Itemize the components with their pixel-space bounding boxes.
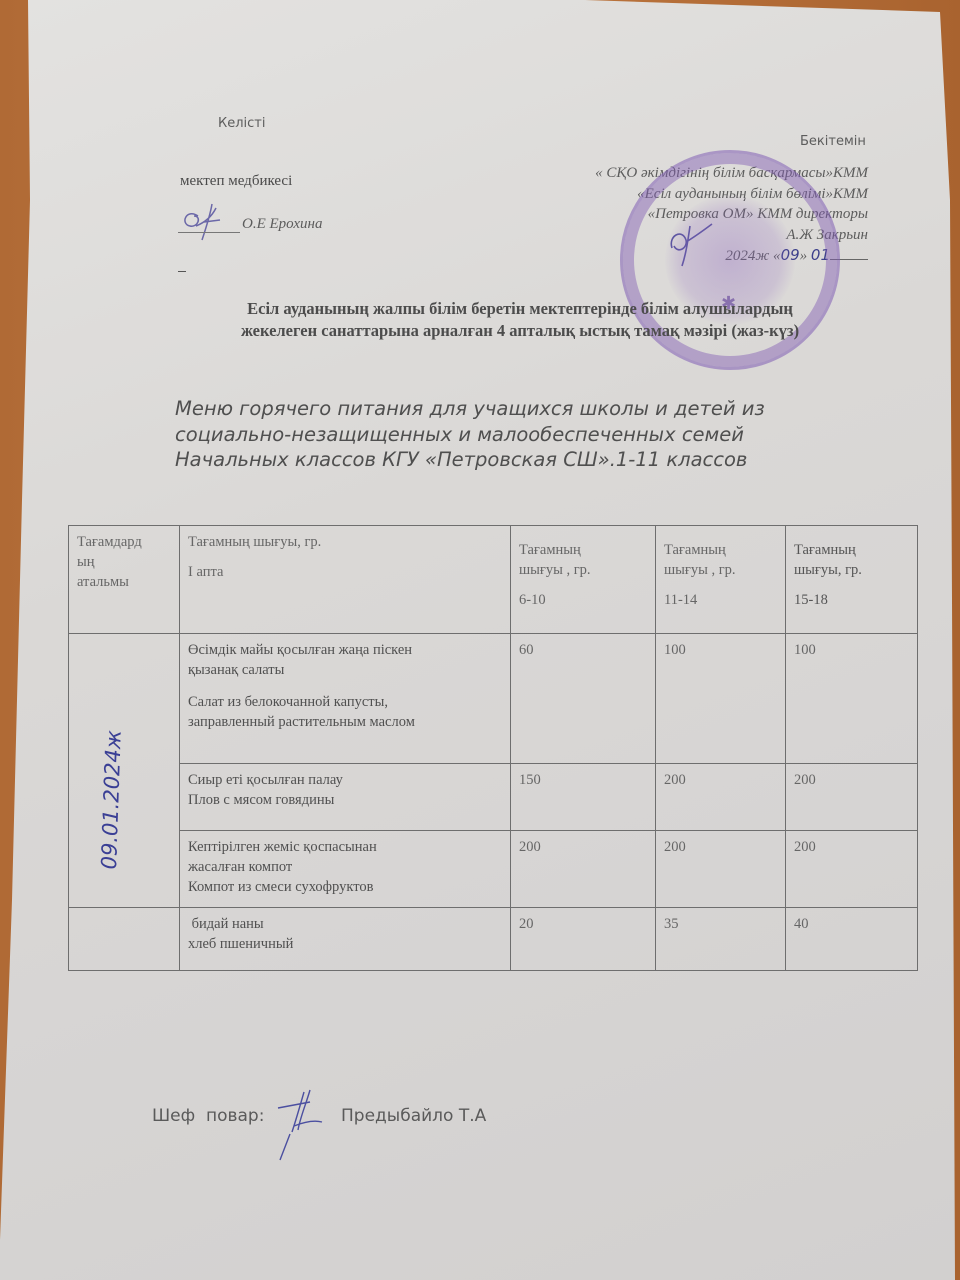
nurse-position: мектеп медбикесі: [180, 173, 292, 190]
title-ru-line-2: социально-незащищенных и малообеспеченны…: [175, 422, 765, 448]
header-yield-week: Тағамның шығуы, гр. I апта: [180, 526, 511, 634]
dish-name: Кептірілген жеміс қоспасынан жасалған ко…: [180, 831, 511, 908]
table-row: Сиыр еті қосылған палау Плов с мясом гов…: [69, 764, 918, 831]
date-prefix: 2024ж «: [725, 248, 780, 264]
header-age-11-14: Тағамның шығуы , гр. 11-14: [656, 526, 786, 634]
table-row: бидай наны хлеб пшеничный 20 35 40: [69, 908, 918, 971]
chef-name: Предыбайло Т.А: [341, 1106, 486, 1126]
grams-15-18: 100: [786, 634, 918, 764]
empty-cell: [69, 908, 180, 971]
approver-name: А.Ж Закрьин: [595, 225, 868, 246]
grams-11-14: 200: [656, 831, 786, 908]
table-row: 09.01.2024ж Өсімдік майы қосылған жаңа п…: [69, 634, 918, 764]
nurse-signature-line: [178, 232, 240, 233]
approval-date: 2024ж «09» 01: [595, 245, 868, 267]
title-kazakh: Есіл ауданының жалпы білім беретін мекте…: [0, 298, 960, 342]
date-month: 01: [811, 246, 830, 264]
title-ru-line-1: Меню горячего питания для учащихся школы…: [175, 396, 765, 422]
date-cell: 09.01.2024ж: [69, 634, 180, 908]
header-dish-name: Тағамдард ың атальмы: [69, 526, 180, 634]
approver-line-3: «Петровка ОМ» КММ директоры: [595, 204, 868, 225]
title-kz-line-2: жекелеген санаттарына арналған 4 апталық…: [0, 320, 960, 342]
table-row: Кептірілген жеміс қоспасынан жасалған ко…: [69, 831, 918, 908]
grams-11-14: 100: [656, 634, 786, 764]
dish-name: Сиыр еті қосылған палау Плов с мясом гов…: [180, 764, 511, 831]
grams-6-10: 200: [511, 831, 656, 908]
date-sep: »: [800, 248, 808, 264]
agreed-label: Келісті: [218, 116, 265, 131]
title-russian: Меню горячего питания для учащихся школы…: [175, 396, 765, 473]
date-day: 09: [781, 246, 800, 264]
grams-6-10: 150: [511, 764, 656, 831]
approved-label: Бекітемін: [800, 134, 866, 149]
grams-15-18: 200: [786, 764, 918, 831]
grams-15-18: 200: [786, 831, 918, 908]
table-header-row: Тағамдард ың атальмы Тағамның шығуы, гр.…: [69, 526, 918, 634]
grams-15-18: 40: [786, 908, 918, 971]
title-kz-line-1: Есіл ауданының жалпы білім беретін мекте…: [0, 298, 960, 320]
grams-6-10: 20: [511, 908, 656, 971]
chef-label: Шеф повар:: [152, 1106, 264, 1126]
title-ru-line-3: Начальных классов КГУ «Петровская СШ».1-…: [175, 447, 765, 473]
grams-6-10: 60: [511, 634, 656, 764]
grams-11-14: 200: [656, 764, 786, 831]
dish-name: бидай наны хлеб пшеничный: [180, 908, 511, 971]
dish-name: Өсімдік майы қосылған жаңа піскен қызана…: [180, 634, 511, 764]
dash-mark: [178, 271, 186, 272]
handwritten-date: 09.01.2024ж: [99, 730, 124, 870]
menu-table: Тағамдард ың атальмы Тағамның шығуы, гр.…: [68, 525, 918, 971]
approver-block: « СҚО әкімдігінің білім басқармасы»КММ «…: [595, 163, 868, 267]
date-underline: [830, 259, 868, 260]
nurse-name: О.Е Ерохина: [242, 216, 322, 233]
approver-line-2: «Есіл ауданының білім бөлімі»КММ: [595, 184, 868, 205]
header-age-6-10: Тағамның шығуы , гр. 6-10: [511, 526, 656, 634]
header-age-15-18: Тағамның шығуы, гр. 15-18: [786, 526, 918, 634]
approver-line-1: « СҚО әкімдігінің білім басқармасы»КММ: [595, 163, 868, 184]
grams-11-14: 35: [656, 908, 786, 971]
